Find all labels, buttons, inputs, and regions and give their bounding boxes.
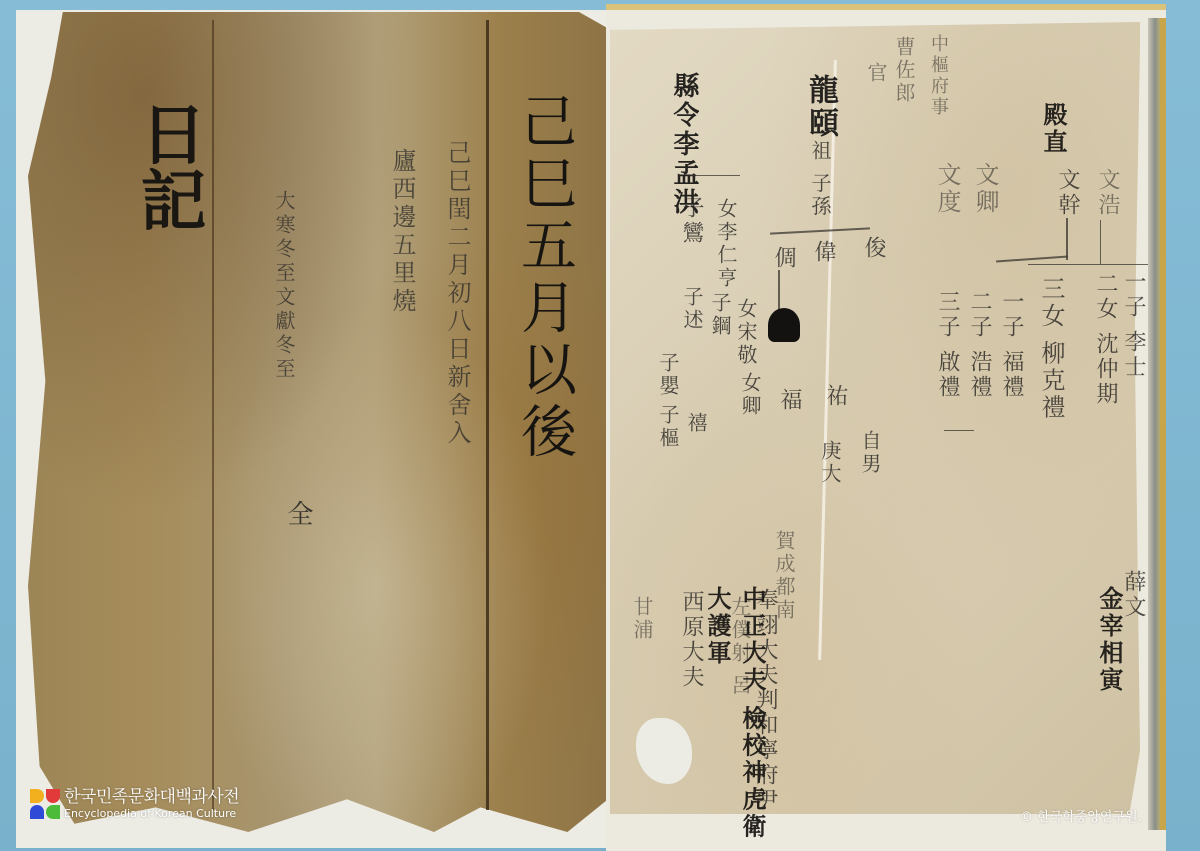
descendant-name: 女李仁亨 (712, 198, 741, 290)
descendant-name: 二子 浩禮 (964, 290, 995, 400)
lineage-line (690, 175, 740, 176)
descendant-name: 子嬰 (654, 352, 683, 398)
ancestor-note: 祖 子孫 (806, 140, 835, 218)
ancestor-name: 殿直 (1036, 102, 1071, 156)
paper-seam (486, 20, 489, 810)
descendant-name: 三子 啟禮 (932, 290, 963, 400)
note-column: 甘浦 (628, 596, 657, 642)
lineage-line (1100, 220, 1101, 264)
descendant-name: 女宋敬 (732, 298, 761, 367)
note-column: 中樞府事 (925, 34, 951, 118)
descendant-name: 文浩 (1092, 168, 1123, 218)
seal-stamp (768, 308, 800, 342)
lineage-line (1028, 264, 1148, 265)
descendant-name: 文度 (930, 162, 965, 216)
descendant-name: 庚大 (816, 440, 845, 486)
watermark-korean: 한국민족문화대백과사전 (64, 789, 239, 806)
diary-date-column: 己巳五月以後 (512, 92, 576, 464)
descendant-name: 子樞 (654, 404, 683, 450)
descendant-name: 子鸞 (676, 196, 707, 246)
handwritten-column: 全 (280, 500, 317, 530)
descendant-name: 俊 (858, 236, 889, 261)
descendant-name: 倜 (768, 246, 799, 271)
descendant-name: 子鋼 (706, 292, 735, 338)
descendant-name: 禧 (682, 412, 711, 435)
descendant-name: 福 (774, 388, 805, 413)
handwritten-column: 大寒冬至文獻冬至 (270, 190, 299, 470)
descendant-name: 偉 (808, 240, 839, 265)
encyclopedia-watermark: 한국민족문화대백과사전 Encyclopedia of Korean Cultu… (30, 789, 239, 819)
descendant-name: 一子 福禮 (996, 290, 1027, 400)
encyclopedia-logo-icon (30, 789, 60, 819)
descendant-name: 三女 柳克禮 (1034, 276, 1069, 422)
descendant-name: 文卿 (968, 162, 1003, 216)
copyright-watermark: © 한국학중앙연구원. (1020, 806, 1142, 825)
note-column: 曹佐郎 (890, 36, 919, 105)
note-column: 薛文 (1118, 570, 1149, 620)
lineage-line (944, 430, 974, 431)
descendant-name: 一子 李士 (1118, 270, 1149, 380)
descendant-name: 子述 (678, 286, 707, 332)
descendant-name: 自男 (856, 430, 885, 476)
descendant-name: 女卿 (736, 372, 765, 418)
binding-gold-strip (1160, 18, 1166, 830)
note-column: 中正大夫 檢校神虎衛大護軍 (700, 586, 770, 851)
note-column: 西原大夫 (676, 590, 707, 690)
descendant-name: 祐 (820, 384, 851, 409)
lineage-line (1066, 218, 1068, 260)
watermark-english: Encyclopedia of Korean Culture (64, 808, 239, 819)
descendant-name: 二女 沈仲期 (1090, 272, 1121, 407)
descendant-name: 文幹 (1052, 168, 1083, 218)
handwritten-column: 己巳閏二月初八日新舍入 (440, 140, 475, 540)
diary-title: 日記 (100, 100, 220, 232)
ancestor-name: 龍頤 (798, 74, 842, 140)
lineage-line (778, 270, 780, 310)
handwritten-column: 廬西邊五里燒 (385, 148, 420, 408)
note-column: 官 (862, 62, 891, 85)
